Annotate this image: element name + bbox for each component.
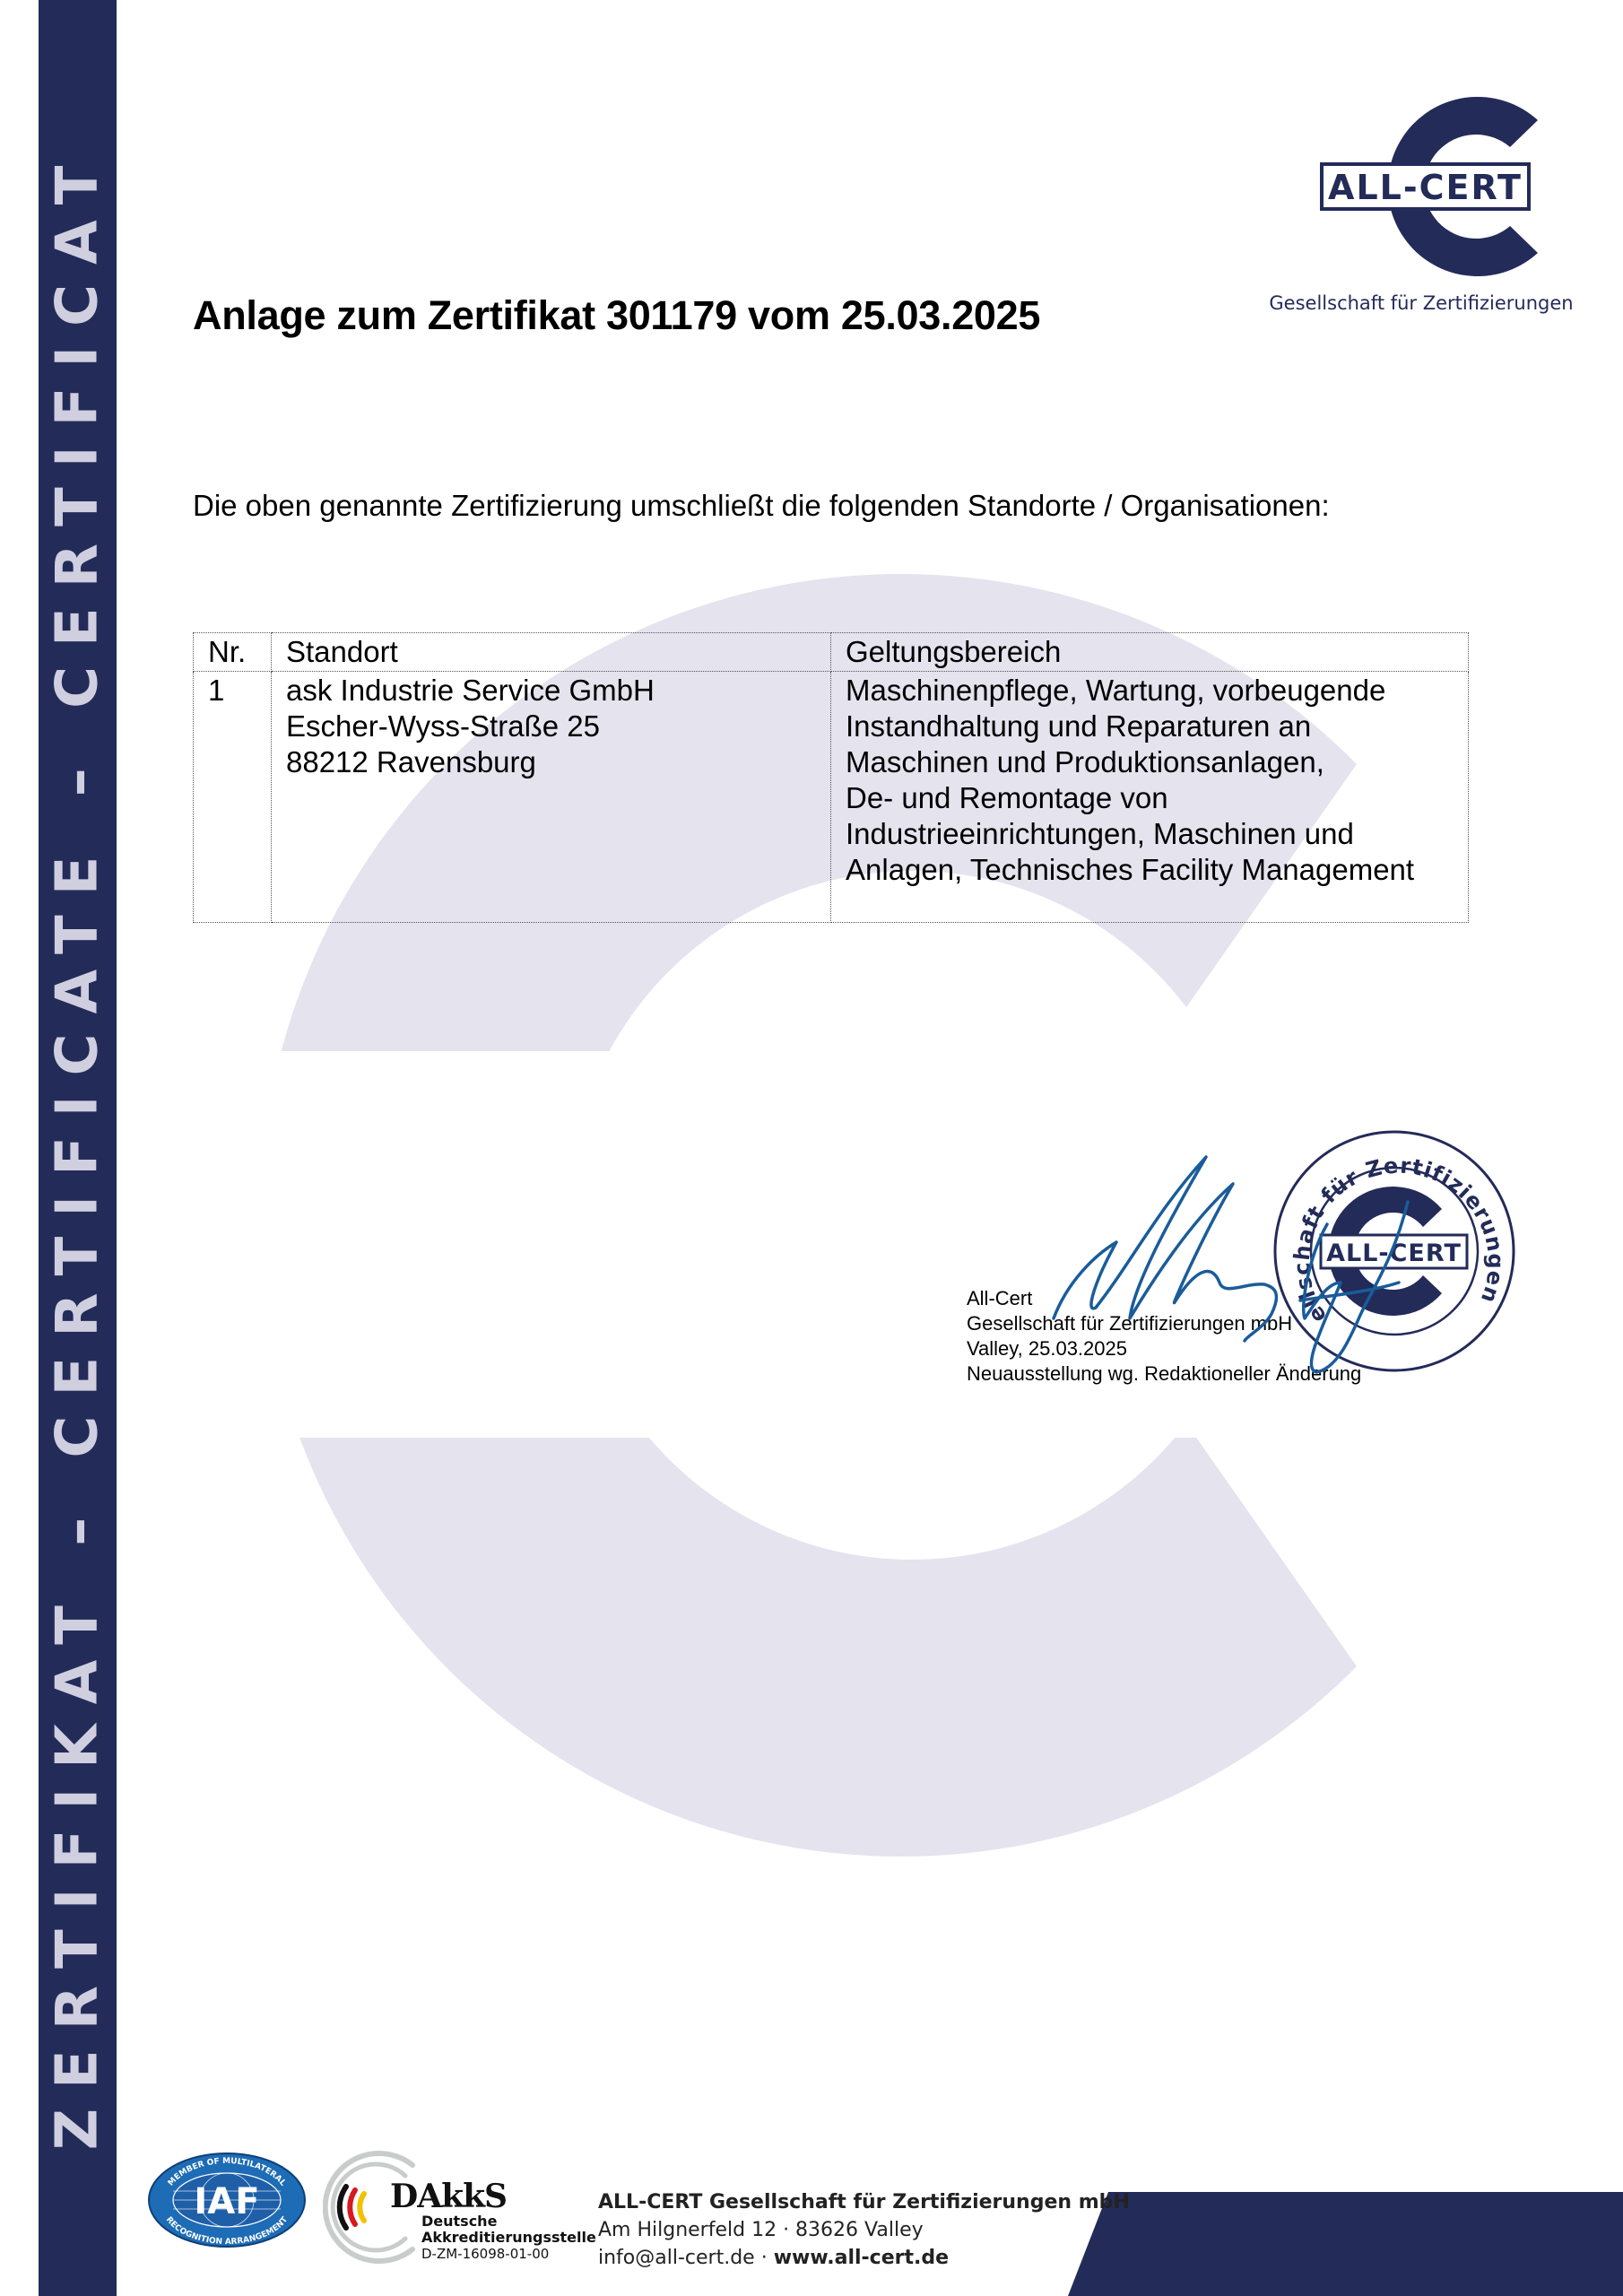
scope-line: De- und Remontage von <box>846 780 1454 816</box>
intro-text: Die oben genannte Zertifizierung umschli… <box>193 489 1330 523</box>
scope-line: Instandhaltung und Reparaturen an <box>846 709 1454 744</box>
iaf-logo-icon: IAF MEMBER OF MULTILATERAL RECOGNITION A… <box>146 2151 308 2249</box>
scope-line: Anlagen, Technisches Facility Management <box>846 852 1454 888</box>
svg-text:IAF: IAF <box>194 2181 259 2222</box>
footer-contact: info@all-cert.de · www.all-cert.de <box>598 2244 1130 2272</box>
footer-company: ALL-CERT Gesellschaft für Zertifizierung… <box>598 2188 1130 2216</box>
website-link[interactable]: www.all-cert.de <box>774 2247 949 2269</box>
dakks-line1: Deutsche <box>421 2213 596 2230</box>
standort-street: Escher-Wyss-Straße 25 <box>286 709 816 744</box>
footer-street: Am Hilgnerfeld 12 · 83626 Valley <box>598 2216 1130 2244</box>
table-row: 1 ask Industrie Service GmbH Escher-Wyss… <box>194 672 1469 923</box>
page-title: Anlage zum Zertifikat 301179 vom 25.03.2… <box>193 292 1040 339</box>
cell-standort: ask Industrie Service GmbH Escher-Wyss-S… <box>272 672 831 923</box>
scope-line: Maschinenpflege, Wartung, vorbeugende <box>846 673 1454 709</box>
contact-separator: · <box>755 2247 774 2269</box>
email-link[interactable]: info@all-cert.de <box>598 2247 755 2269</box>
footer-address: ALL-CERT Gesellschaft für Zertifizierung… <box>598 2188 1130 2272</box>
column-header-standort: Standort <box>272 633 831 672</box>
handwritten-signature-icon <box>1031 1148 1435 1390</box>
dakks-code: D-ZM-16098-01-00 <box>421 2246 596 2262</box>
scope-line: Industrieeinrichtungen, Maschinen und <box>846 816 1454 852</box>
sites-table: Nr. Standort Geltungsbereich 1 ask Indus… <box>193 632 1469 923</box>
column-header-nr: Nr. <box>194 633 272 672</box>
certificate-sidebar: ZERTIFIKAT – CERTIFICATE – CERTIFICAT <box>39 0 117 2296</box>
logo-tagline: Gesellschaft für Zertifizierungen <box>1255 292 1587 314</box>
table-header-row: Nr. Standort Geltungsbereich <box>194 633 1469 672</box>
standort-city: 88212 Ravensburg <box>286 744 816 780</box>
sidebar-label: ZERTIFIKAT – CERTIFICATE – CERTIFICAT <box>39 99 117 2197</box>
scope-line: Maschinen und Produktionsanlagen, <box>846 744 1454 780</box>
column-header-geltungsbereich: Geltungsbereich <box>831 633 1469 672</box>
all-cert-logo-icon: ALL-CERT <box>1273 90 1578 323</box>
svg-text:ALL-CERT: ALL-CERT <box>1328 168 1523 207</box>
dakks-line2: Akkreditierungsstelle <box>421 2230 596 2246</box>
dakks-details: Deutsche Akkreditierungsstelle D-ZM-1609… <box>421 2213 596 2262</box>
dakks-name: DAkkS <box>390 2178 507 2215</box>
cell-geltungsbereich: Maschinenpflege, Wartung, vorbeugende In… <box>831 672 1469 923</box>
standort-company: ask Industrie Service GmbH <box>286 673 816 709</box>
cell-nr: 1 <box>194 672 272 923</box>
